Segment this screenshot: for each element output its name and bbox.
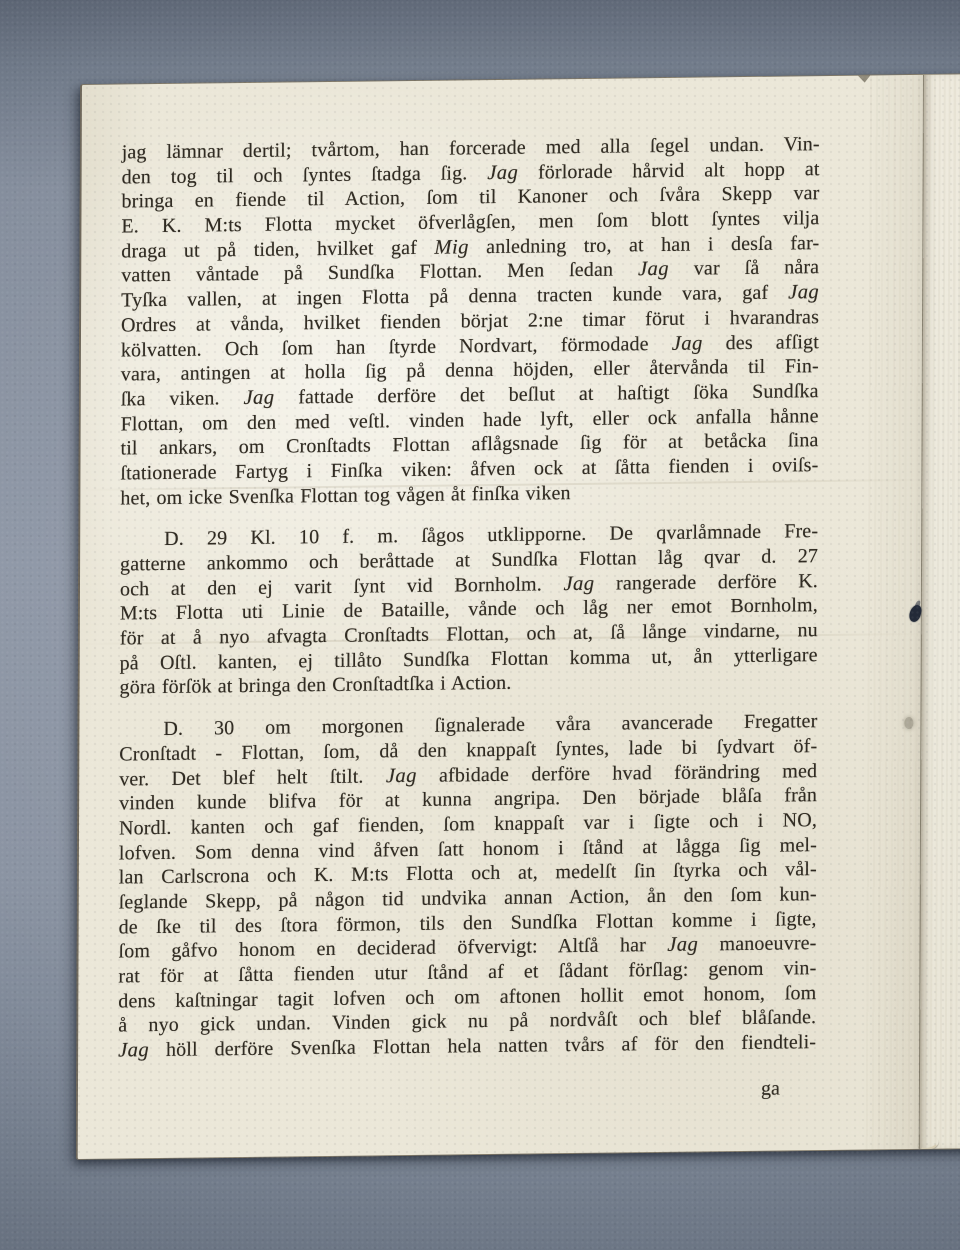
paragraph: D. 30 om morgonen ſignalerade våra avanc…: [118, 709, 817, 1063]
paragraph: jag lämnar dertil; tvårtom, han forcerad…: [120, 132, 819, 511]
catchword: ga: [118, 1076, 816, 1109]
adjacent-page-edge: [919, 74, 960, 1149]
photo-background: jag lämnar dertil; tvårtom, han forcerad…: [0, 0, 960, 1250]
paragraph: D. 29 Kl. 10 f. m. ſågos utklipporne. De…: [120, 519, 819, 700]
book-page: jag lämnar dertil; tvårtom, han forcerad…: [76, 73, 960, 1160]
page-text: jag lämnar dertil; tvårtom, han forcerad…: [118, 132, 820, 1063]
paper-edge-notch: [857, 75, 871, 83]
